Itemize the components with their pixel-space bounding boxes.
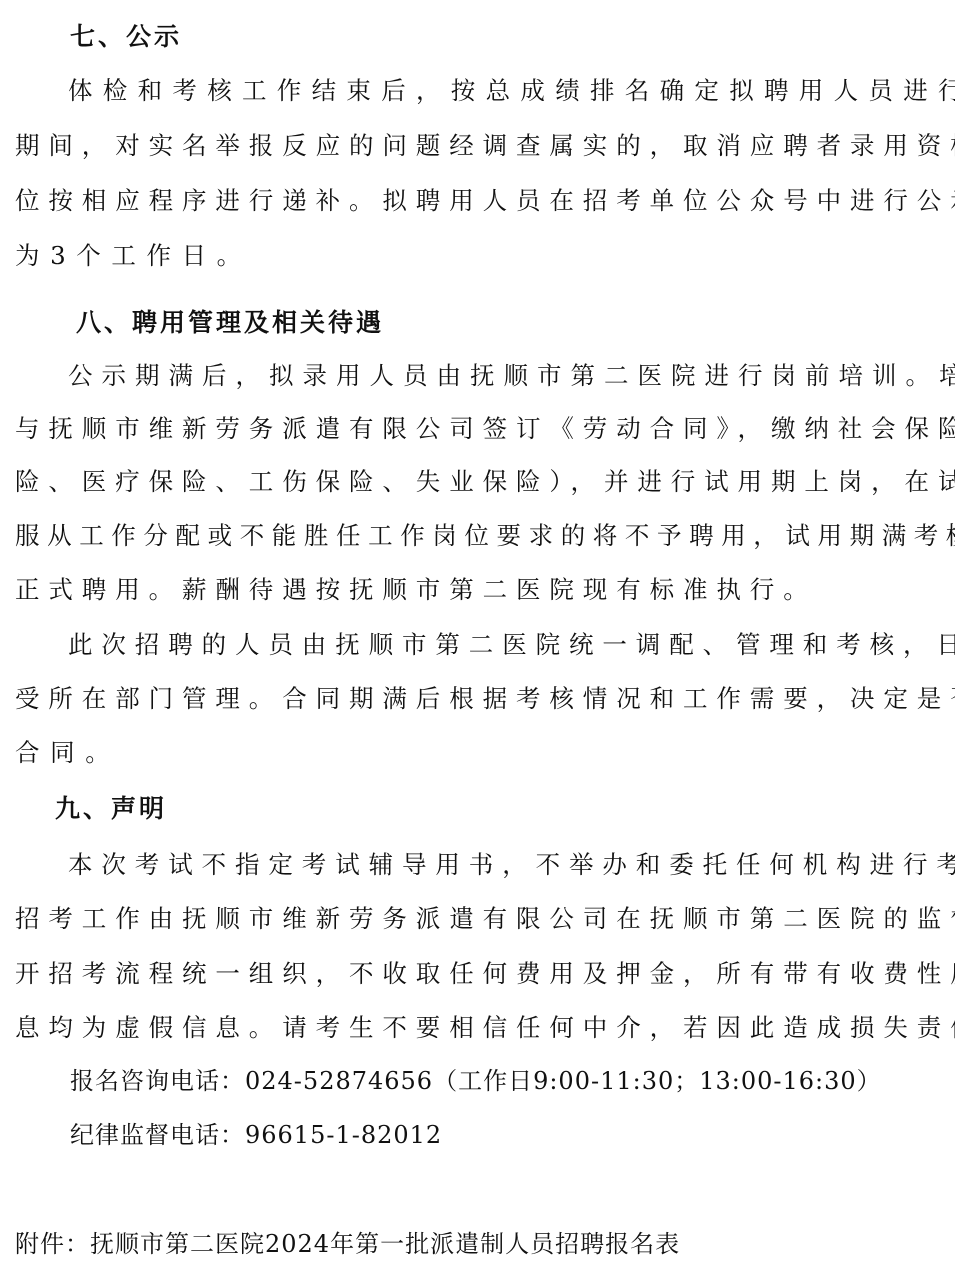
paragraph-line: 合同。 <box>15 736 940 770</box>
registration-hours: （工作日9:00-11:30；13:00-16:30） <box>433 1067 882 1095</box>
section-heading-7: 七、公示 <box>70 20 182 54</box>
attachment-line: 附件：抚顺市第二医院2024年第一批派遣制人员招聘报名表 <box>15 1227 680 1261</box>
paragraph-line: 受所在部门管理。合同期满后根据考核情况和工作需要，决定是否续签劳动 <box>15 682 940 716</box>
paragraph-line: 公示期满后，拟录用人员由抚顺市第二医院进行岗前培训。培训结束后， <box>15 359 940 393</box>
registration-label: 报名咨询电话： <box>70 1067 245 1095</box>
paragraph-line: 与抚顺市维新劳务派遣有限公司签订《劳动合同》，缴纳社会保险（养老保 <box>15 412 940 446</box>
paragraph-line: 息均为虚假信息。请考生不要相信任何中介，若因此造成损失责任自负。 <box>15 1011 940 1045</box>
section-heading-8: 八、聘用管理及相关待遇 <box>76 306 384 340</box>
discipline-contact: 纪律监督电话：96615-1-82012 <box>70 1118 442 1152</box>
discipline-phone: 96615-1-82012 <box>245 1121 442 1149</box>
paragraph-line: 正式聘用。薪酬待遇按抚顺市第二医院现有标准执行。 <box>15 573 940 607</box>
attachment-label: 附件： <box>15 1230 90 1258</box>
paragraph-line: 位按相应程序进行递补。拟聘用人员在招考单位公众号中进行公示，公示期 <box>15 184 940 218</box>
paragraph-line: 本次考试不指定考试辅导用书，不举办和委托任何机构进行考试辅导； <box>15 848 940 882</box>
section-heading-9: 九、声明 <box>55 792 167 826</box>
discipline-label: 纪律监督电话： <box>70 1121 245 1149</box>
paragraph-line: 服从工作分配或不能胜任工作岗位要求的将不予聘用，试用期满考核合格的， <box>15 519 940 553</box>
paragraph-line: 体检和考核工作结束后，按总成绩排名确定拟聘用人员进行公示。公示 <box>15 74 940 108</box>
paragraph-line: 开招考流程统一组织，不收取任何费用及押金，所有带有收费性质的招考信 <box>15 957 940 991</box>
document-page: 七、公示 体检和考核工作结束后，按总成绩排名确定拟聘用人员进行公示。公示 期间，… <box>0 0 955 1275</box>
attachment-title: 抚顺市第二医院2024年第一批派遣制人员招聘报名表 <box>90 1230 680 1258</box>
registration-phone: 024-52874656 <box>245 1067 433 1095</box>
paragraph-line: 期间，对实名举报反应的问题经调查属实的，取消应聘者录用资格，空缺岗 <box>15 129 940 163</box>
registration-contact: 报名咨询电话：024-52874656（工作日9:00-11:30；13:00-… <box>70 1064 882 1098</box>
paragraph-line: 招考工作由抚顺市维新劳务派遣有限公司在抚顺市第二医院的监督下根据公 <box>15 902 940 936</box>
paragraph-line: 险、医疗保险、工伤保险、失业保险），并进行试用期上岗，在试用期内不 <box>15 465 940 499</box>
paragraph-line: 为3个工作日。 <box>15 239 940 273</box>
paragraph-line: 此次招聘的人员由抚顺市第二医院统一调配、管理和考核，日常工作接 <box>15 628 940 662</box>
